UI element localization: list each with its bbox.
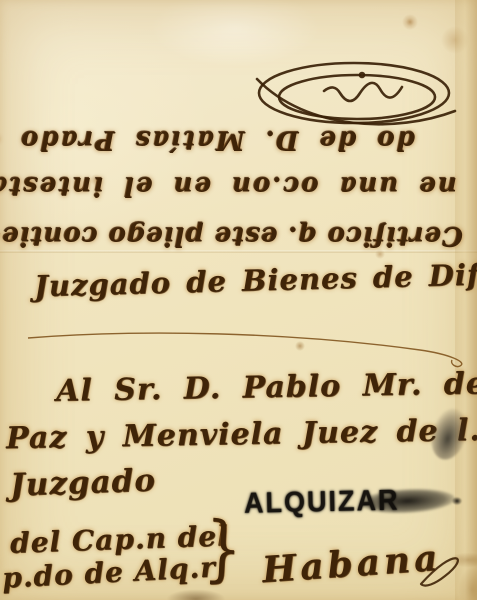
sender-brace: } bbox=[203, 511, 244, 585]
postmark-dot bbox=[452, 497, 462, 505]
address-line-2: Paz y Menviela Juez de l. bbox=[6, 413, 477, 456]
letter-cover: Certifico q. este pliego contie- ne una … bbox=[0, 0, 477, 600]
certification-line-1: Certifico q. este pliego contie- bbox=[0, 221, 463, 251]
docket-line: Juzgado de Bienes de Difs. bbox=[34, 257, 477, 303]
certification-line-3: do de D. Matías Prado — bbox=[0, 125, 415, 155]
inverted-certification-block: Certifico q. este pliego contie- ne una … bbox=[0, 52, 477, 257]
sender-line-1: Juzgado bbox=[9, 462, 156, 503]
address-line-1: Al Sr. D. Pablo Mr. de bbox=[56, 366, 477, 408]
certification-line-2: ne una oc.on en el intesta- bbox=[0, 171, 457, 201]
habana-flourish bbox=[415, 540, 475, 595]
underline-flourish bbox=[0, 326, 477, 371]
